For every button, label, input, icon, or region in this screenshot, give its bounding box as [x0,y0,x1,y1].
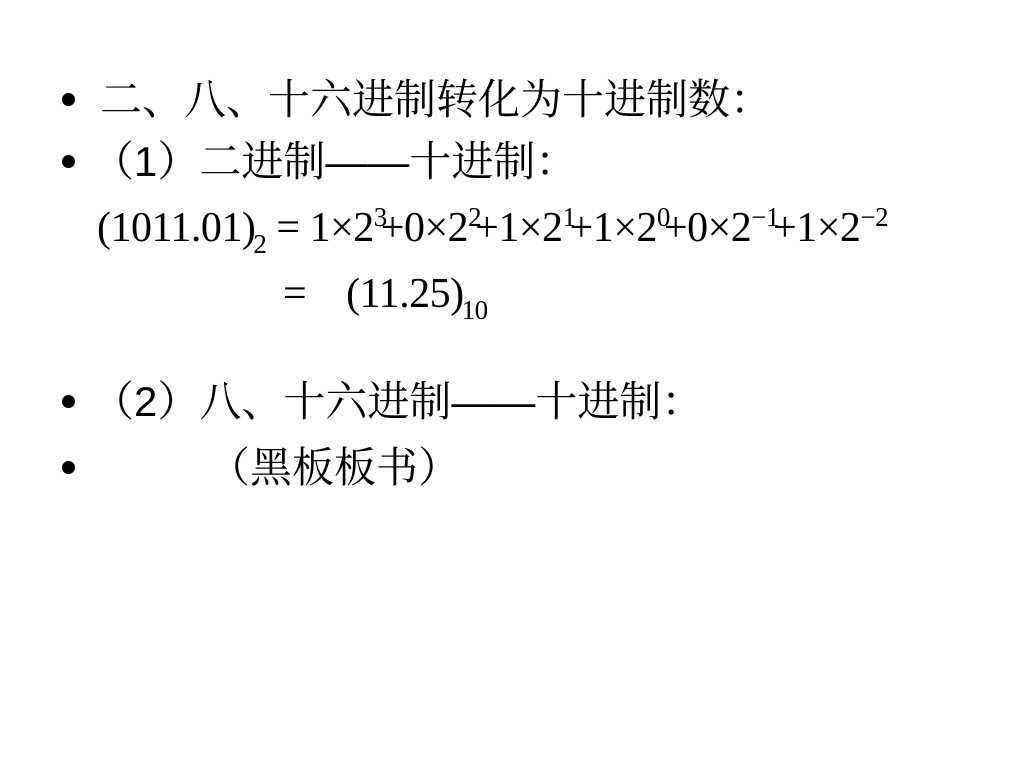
formula-segment-sup: 3 [374,202,387,232]
bullet-icon [62,93,75,106]
formula-segment: +1×2 [570,205,657,251]
slide: 二、八、十六进制转化为十进制数： （1）二进制——十进制： (1011.01)2… [0,0,1024,768]
formula-segment: +0×2 [664,205,751,251]
formula-segment-sup: −2 [860,202,888,232]
formula-segment: = 1×2 [266,205,373,251]
formula-line-2: = (11.25)10 [283,270,488,318]
bullet-text-binary-to-decimal: （1）二进制——十进制： [58,139,577,185]
formula-segment: +0×2 [381,205,468,251]
formula-segment-sup: 0 [657,202,670,232]
bullet-item-3: （2）八、十六进制——十进制： [58,379,703,425]
formula-segment-sup: −1 [751,202,779,232]
formula-segment: (1011.01) [97,205,255,251]
bullet-icon [62,461,75,474]
formula-segment-sub: 2 [253,229,266,259]
bullet-text-blackboard-note: （黑板板书） [58,445,460,491]
bullet-item-4: （黑板板书） [58,445,460,491]
bullet-item-2: （1）二进制——十进制： [58,139,577,185]
formula-segment-sup: 1 [563,202,576,232]
formula-segment-sub: 10 [462,295,488,325]
formula-segment-sup: 2 [468,202,481,232]
bullet-icon [62,395,75,408]
bullet-text-octal-hex-to-decimal: （2）八、十六进制——十进制： [58,379,703,425]
formula-segment: +1×2 [773,205,860,251]
bullet-icon [62,155,75,168]
formula-segment: = (11.25) [283,271,464,317]
bullet-text-title: 二、八、十六进制转化为十进制数： [58,77,772,123]
formula-segment: +1×2 [475,205,562,251]
bullet-item-1: 二、八、十六进制转化为十进制数： [58,77,772,123]
formula-line-1: (1011.01)2 = 1×23+0×22+1×21+1×20+0×2−1+1… [97,204,882,252]
